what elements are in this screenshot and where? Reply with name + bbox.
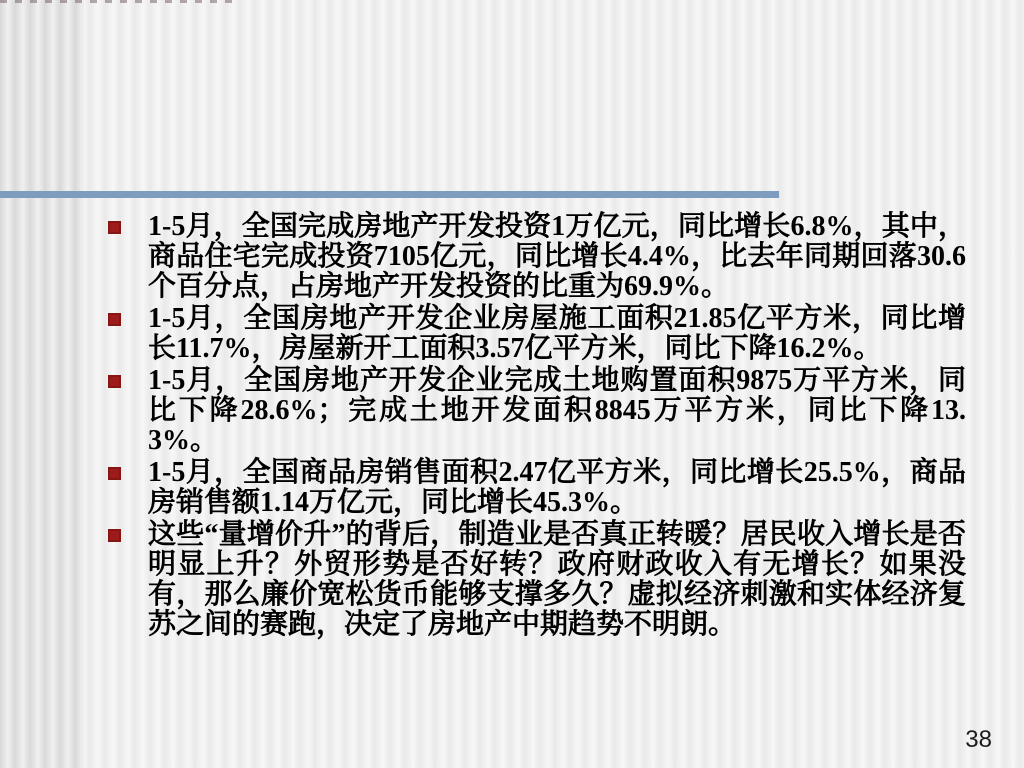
bullet-square-icon	[108, 467, 121, 480]
bullet-item: 1-5月，全国房地产开发企业完成土地购置面积9875万平方米，同比下降28.6%…	[106, 366, 966, 456]
bullet-text: 1-5月，全国商品房销售面积2.47亿平方米，同比增长25.5%，商品房销售额1…	[148, 458, 966, 518]
bullet-item: 1-5月，全国商品房销售面积2.47亿平方米，同比增长25.5%，商品房销售额1…	[106, 458, 966, 518]
bullet-item: 1-5月，全国完成房地产开发投资1万亿元，同比增长6.8%，其中，商品住宅完成投…	[106, 212, 966, 302]
bullet-square-icon	[108, 221, 121, 234]
bullet-square-icon	[108, 529, 121, 542]
slide-body: 1-5月，全国完成房地产开发投资1万亿元，同比增长6.8%，其中，商品住宅完成投…	[106, 212, 966, 642]
bullet-item: 这些“量增价升”的背后，制造业是否真正转暖？居民收入增长是否明显上升？外贸形势是…	[106, 520, 966, 640]
bullet-text: 1-5月，全国完成房地产开发投资1万亿元，同比增长6.8%，其中，商品住宅完成投…	[148, 212, 966, 302]
bullet-text: 1-5月，全国房地产开发企业完成土地购置面积9875万平方米，同比下降28.6%…	[148, 366, 966, 456]
bullet-item: 1-5月，全国房地产开发企业房屋施工面积21.85亿平方米，同比增长11.7%，…	[106, 304, 966, 364]
bullet-text: 这些“量增价升”的背后，制造业是否真正转暖？居民收入增长是否明显上升？外贸形势是…	[148, 520, 966, 640]
top-edge-dashes	[0, 0, 240, 3]
bullet-text: 1-5月，全国房地产开发企业房屋施工面积21.85亿平方米，同比增长11.7%，…	[148, 304, 966, 364]
page-number: 38	[965, 728, 992, 752]
divider-rule	[0, 191, 779, 198]
bullet-square-icon	[108, 313, 121, 326]
striped-left-band	[0, 0, 84, 768]
bullet-square-icon	[108, 375, 121, 388]
